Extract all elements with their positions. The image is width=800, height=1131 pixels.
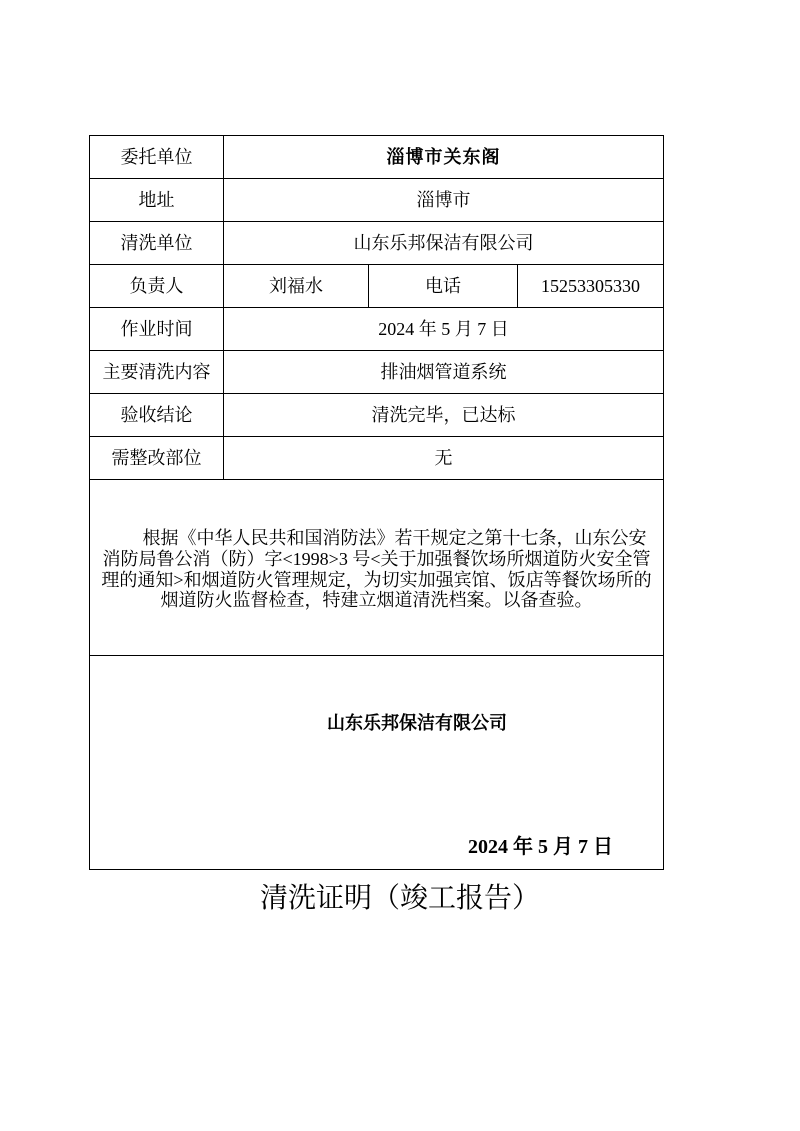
row-statement: 根据《中华人民共和国消防法》若干规定之第十七条，山东公安消防局鲁公消（防）字<1… bbox=[90, 480, 664, 656]
person-in-charge-value: 刘福水 bbox=[224, 265, 369, 308]
row-entrusting-unit: 委托单位 淄博市关东阁 bbox=[90, 136, 664, 179]
address-value: 淄博市 bbox=[224, 179, 664, 222]
acceptance-conclusion-value: 清洗完毕，已达标 bbox=[224, 394, 664, 437]
row-person-in-charge: 负责人 刘福水 电话 15253305330 bbox=[90, 265, 664, 308]
entrusting-unit-label: 委托单位 bbox=[90, 136, 224, 179]
rectification-parts-value: 无 bbox=[224, 437, 664, 480]
document-sheet: 委托单位 淄博市关东阁 地址 淄博市 清洗单位 山东乐邦保洁有限公司 负责人 刘… bbox=[89, 135, 663, 870]
cleaning-content-value: 排油烟管道系统 bbox=[224, 351, 664, 394]
work-date-value: 2024 年 5 月 7 日 bbox=[224, 308, 664, 351]
row-acceptance-conclusion: 验收结论 清洗完毕，已达标 bbox=[90, 394, 664, 437]
document-title: 清洗证明（竣工报告） bbox=[0, 876, 800, 916]
row-cleaning-unit: 清洗单位 山东乐邦保洁有限公司 bbox=[90, 222, 664, 265]
row-signature: 山东乐邦保洁有限公司 2024 年 5 月 7 日 bbox=[90, 656, 664, 870]
signature-date: 2024 年 5 月 7 日 bbox=[90, 836, 613, 858]
row-work-date: 作业时间 2024 年 5 月 7 日 bbox=[90, 308, 664, 351]
person-in-charge-label: 负责人 bbox=[90, 265, 224, 308]
row-rectification-parts: 需整改部位 无 bbox=[90, 437, 664, 480]
cleaning-content-label: 主要清洗内容 bbox=[90, 351, 224, 394]
work-date-label: 作业时间 bbox=[90, 308, 224, 351]
signature-cell: 山东乐邦保洁有限公司 2024 年 5 月 7 日 bbox=[90, 656, 664, 870]
regulation-statement: 根据《中华人民共和国消防法》若干规定之第十七条，山东公安消防局鲁公消（防）字<1… bbox=[90, 480, 664, 656]
cleaning-unit-value: 山东乐邦保洁有限公司 bbox=[224, 222, 664, 265]
phone-label: 电话 bbox=[369, 265, 518, 308]
acceptance-conclusion-label: 验收结论 bbox=[90, 394, 224, 437]
cleaning-unit-label: 清洗单位 bbox=[90, 222, 224, 265]
row-address: 地址 淄博市 bbox=[90, 179, 664, 222]
entrusting-unit-value: 淄博市关东阁 bbox=[224, 136, 664, 179]
phone-value: 15253305330 bbox=[518, 265, 664, 308]
signature-company-name: 山东乐邦保洁有限公司 bbox=[171, 714, 663, 732]
rectification-parts-label: 需整改部位 bbox=[90, 437, 224, 480]
row-cleaning-content: 主要清洗内容 排油烟管道系统 bbox=[90, 351, 664, 394]
cleaning-record-table: 委托单位 淄博市关东阁 地址 淄博市 清洗单位 山东乐邦保洁有限公司 负责人 刘… bbox=[89, 135, 664, 870]
address-label: 地址 bbox=[90, 179, 224, 222]
